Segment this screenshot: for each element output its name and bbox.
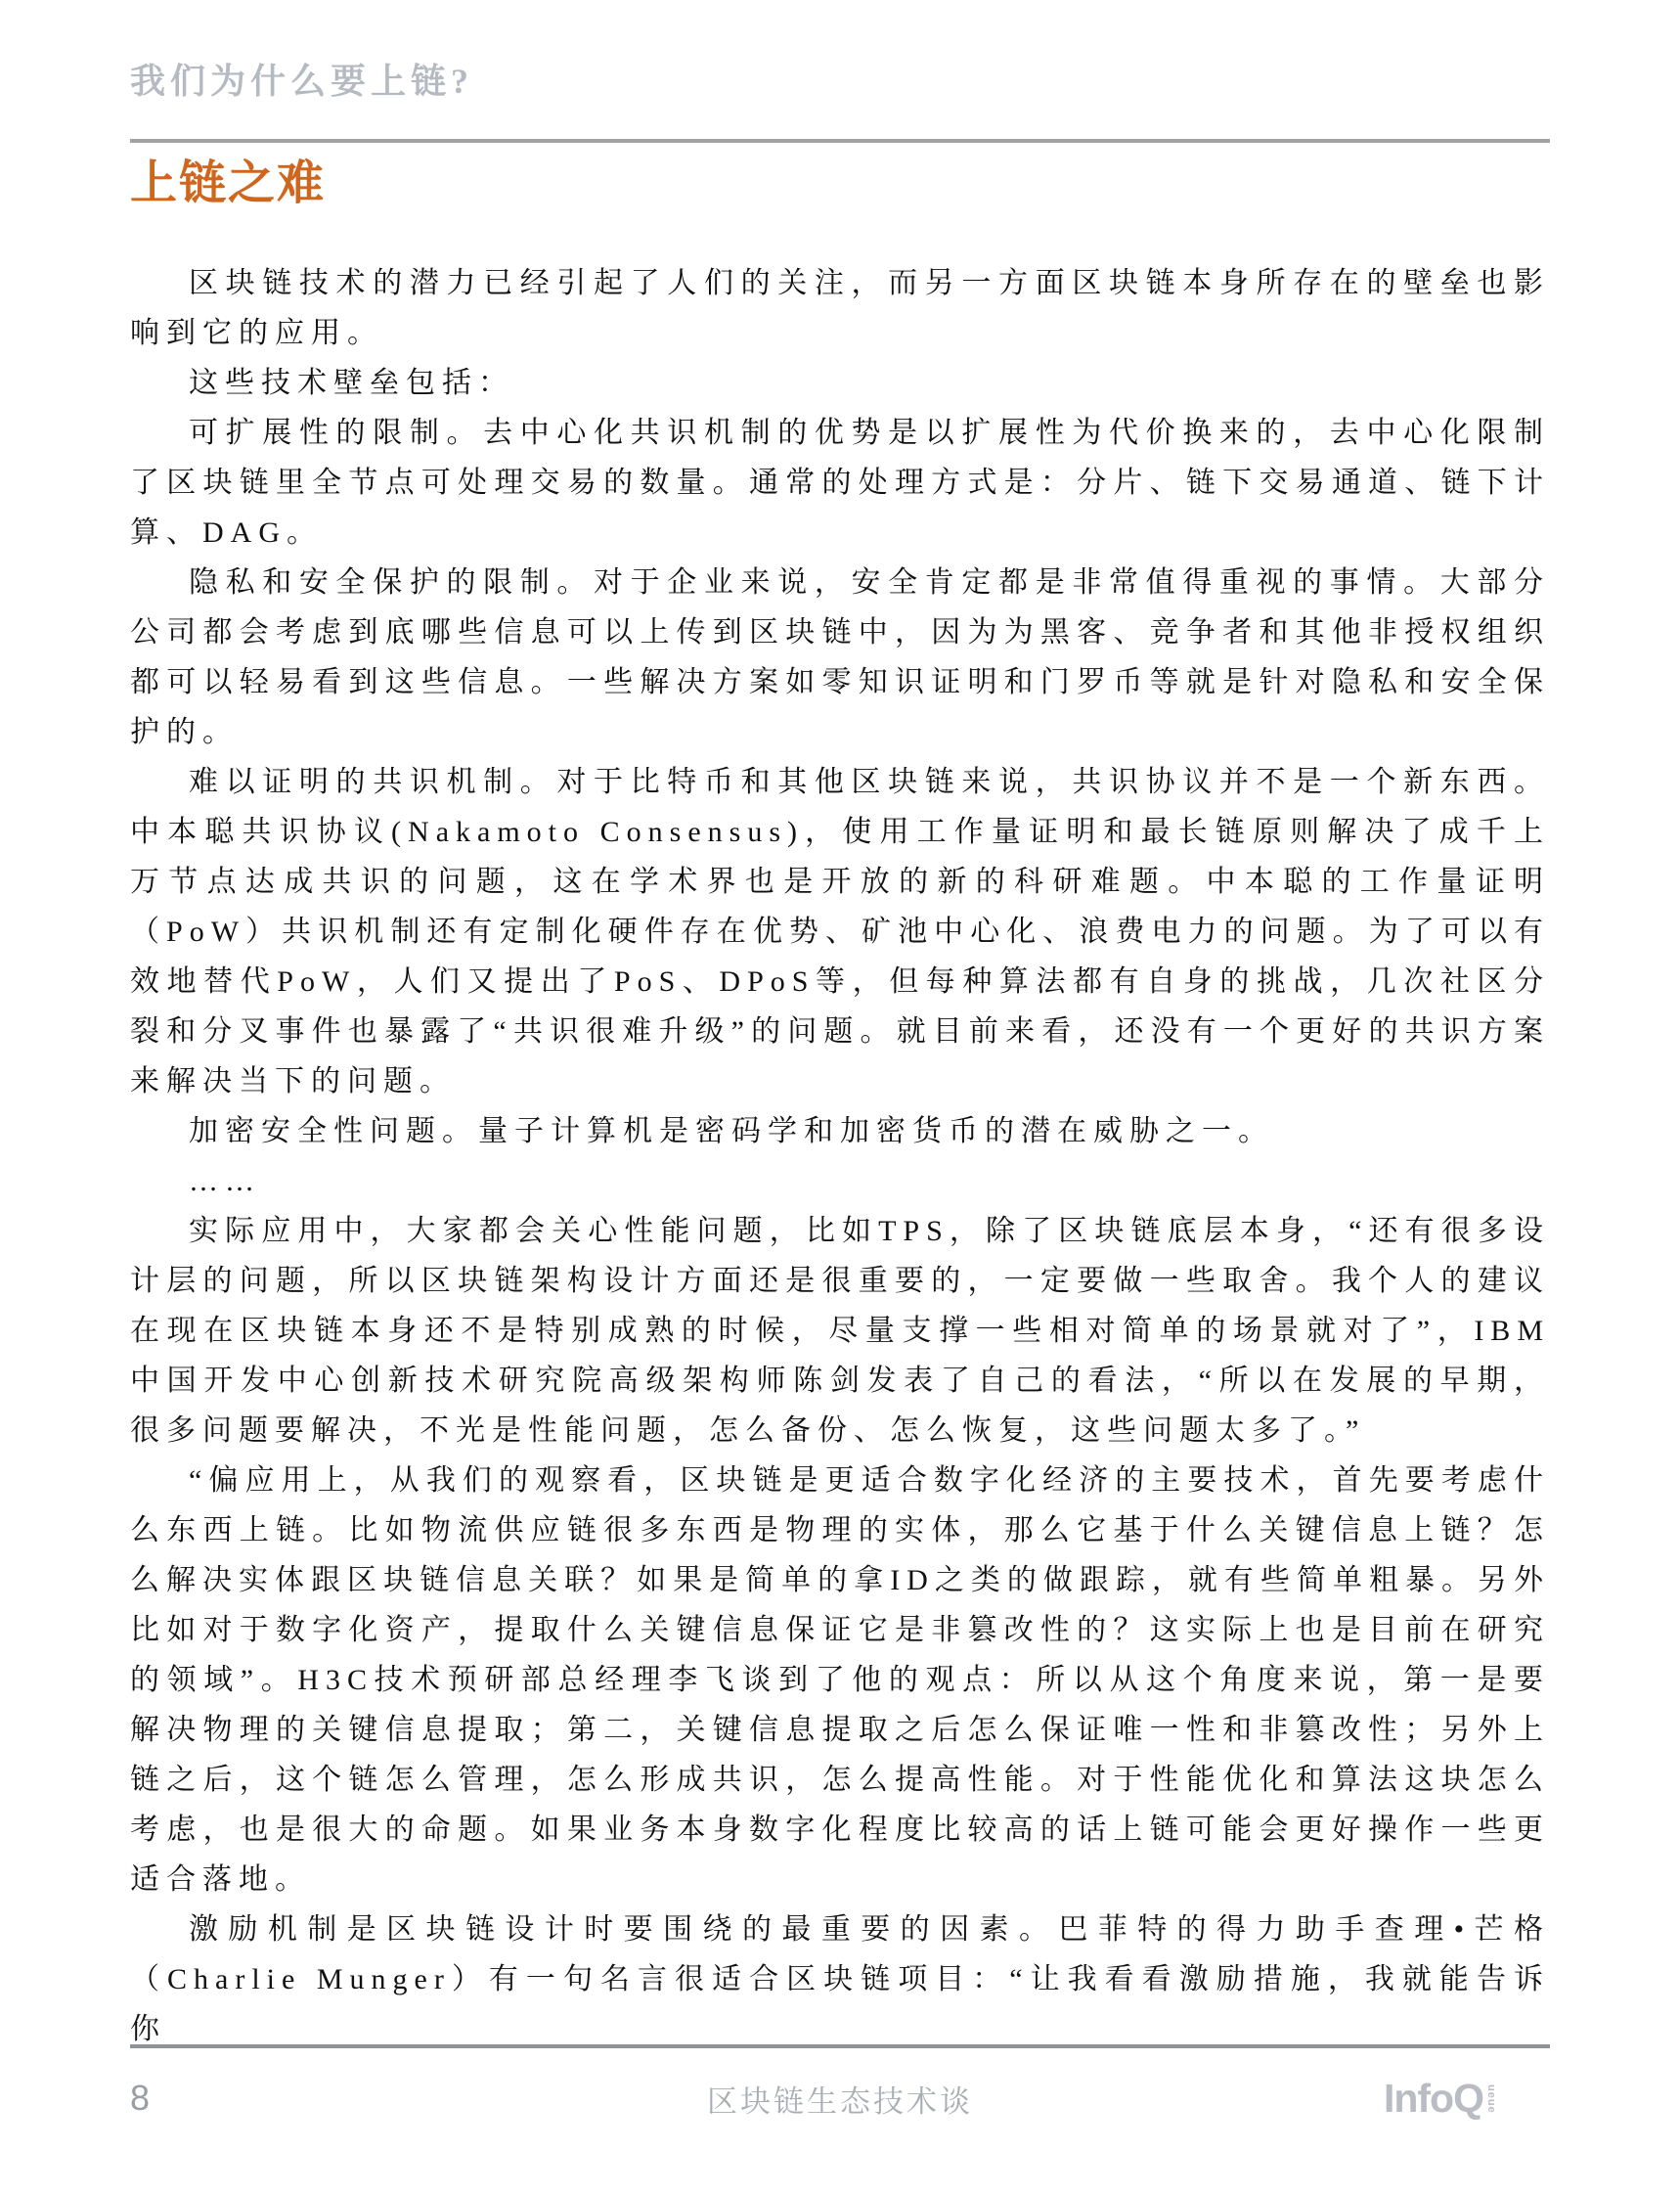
page-content: 我们为什么要上链? 上链之难 区块链技术的潜力已经引起了人们的关注，而另一方面区… bbox=[130, 0, 1550, 2054]
body-paragraph: 实际应用中，大家都会关心性能问题，比如TPS，除了区块链底层本身，“还有很多设计… bbox=[130, 1206, 1550, 1456]
body-paragraph: 这些技术壁垒包括： bbox=[130, 358, 1550, 408]
body-paragraph: 加密安全性问题。量子计算机是密码学和加密货币的潜在威胁之一。 bbox=[130, 1106, 1550, 1156]
document-page: 我们为什么要上链? 上链之难 区块链技术的潜力已经引起了人们的关注，而另一方面区… bbox=[0, 0, 1680, 2195]
body-paragraph: …… bbox=[130, 1156, 1550, 1206]
body-paragraph: 可扩展性的限制。去中心化共识机制的优势是以扩展性为代价换来的，去中心化限制了区块… bbox=[130, 408, 1550, 558]
body-paragraph: 激励机制是区块链设计时要围绕的最重要的因素。巴菲特的得力助手查理•芒格（Char… bbox=[130, 1904, 1550, 2054]
footer-divider bbox=[130, 2044, 1550, 2048]
header-divider bbox=[130, 139, 1550, 143]
body-paragraph: 区块链技术的潜力已经引起了人们的关注，而另一方面区块链本身所存在的壁垒也影响到它… bbox=[130, 258, 1550, 358]
body-paragraph: 难以证明的共识机制。对于比特币和其他区块链来说，共识协议并不是一个新东西。中本聪… bbox=[130, 757, 1550, 1106]
section-title: 上链之难 bbox=[130, 157, 1550, 211]
body-paragraph: 隐私和安全保护的限制。对于企业来说，安全肯定都是非常值得重视的事情。大部分公司都… bbox=[130, 558, 1550, 757]
body-paragraph: “偏应用上，从我们的观察看，区块链是更适合数字化经济的主要技术，首先要考虑什么东… bbox=[130, 1456, 1550, 1904]
article-body: 区块链技术的潜力已经引起了人们的关注，而另一方面区块链本身所存在的壁垒也影响到它… bbox=[130, 258, 1550, 2054]
booklet-title: 区块链生态技术谈 bbox=[130, 2077, 1550, 2121]
page-footer: 8 区块链生态技术谈 InfoQ ueue bbox=[130, 2044, 1550, 2119]
footer-row: 8 区块链生态技术谈 InfoQ ueue bbox=[130, 2078, 1550, 2119]
running-header-title: 我们为什么要上链? bbox=[130, 0, 1550, 102]
